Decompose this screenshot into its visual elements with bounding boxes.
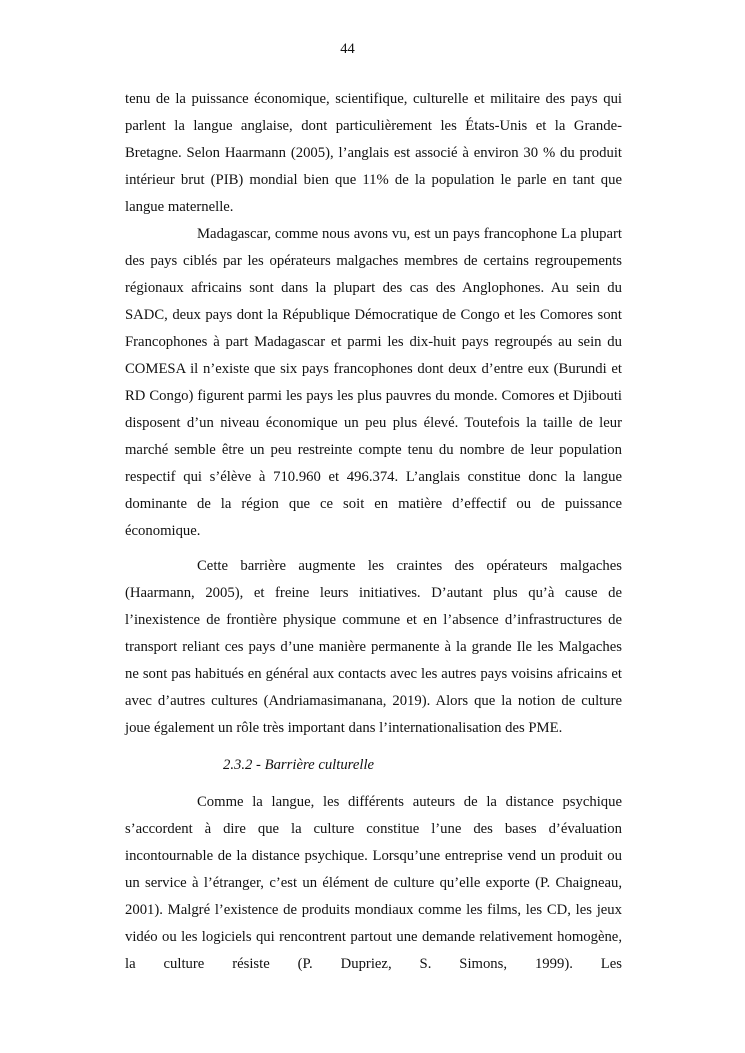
paragraph-culture-distance: Comme la langue, les différents auteurs …	[125, 789, 622, 978]
section-heading-cultural-barrier: 2.3.2 - Barrière culturelle	[125, 752, 622, 779]
paragraph-english-economic-power: tenu de la puissance économique, scienti…	[125, 86, 622, 221]
paragraph-spacer	[125, 545, 622, 553]
page-number: 44	[0, 41, 695, 58]
heading-spacer	[125, 779, 622, 789]
page-body: tenu de la puissance économique, scienti…	[125, 86, 622, 978]
paragraph-madagascar-francophone: Madagascar, comme nous avons vu, est un …	[125, 221, 622, 545]
heading-spacer	[125, 742, 622, 752]
paragraph-barrier-fears: Cette barrière augmente les craintes des…	[125, 553, 622, 742]
